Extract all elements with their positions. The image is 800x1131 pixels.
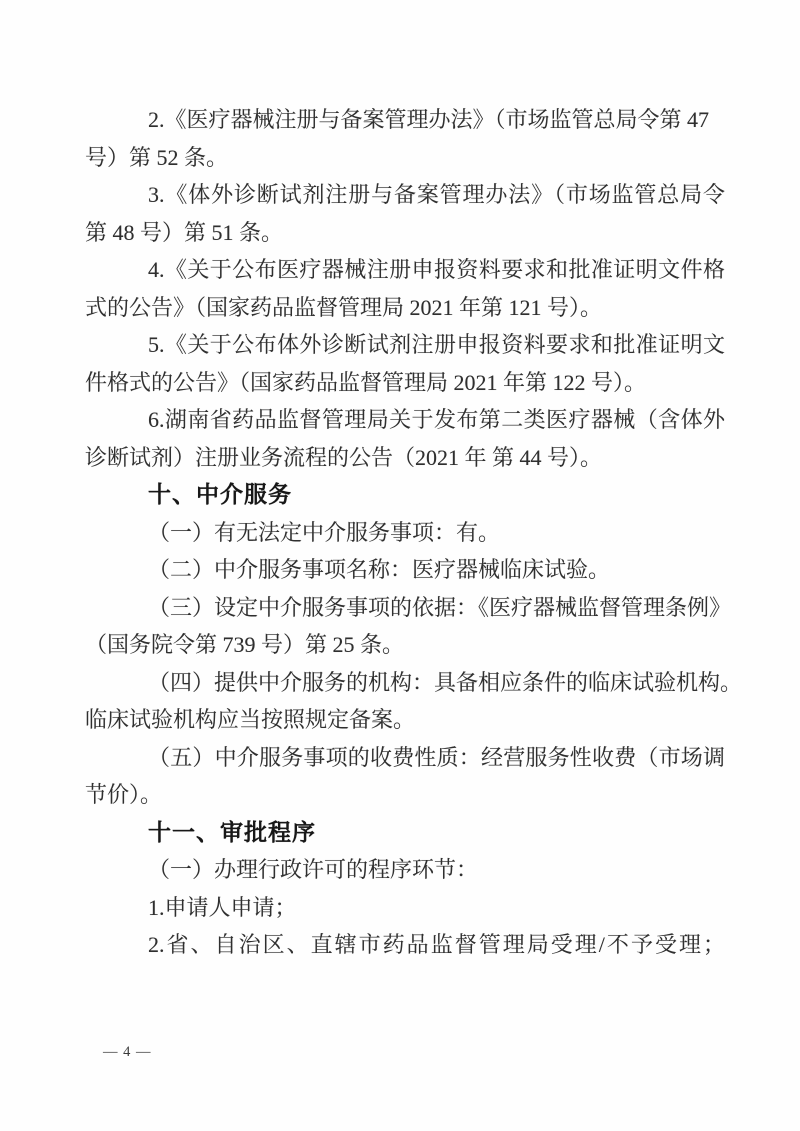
text-line: 1.申请人申请； xyxy=(85,889,725,927)
text-line: 6.湖南省药品监督管理局关于发布第二类医疗器械（含体外 xyxy=(85,401,725,439)
text-line: 2.省、自治区、直辖市药品监督管理局受理/不予受理； xyxy=(85,926,725,964)
text-line: 件格式的公告》（国家药品监督管理局 2021 年第 122 号）。 xyxy=(85,364,725,402)
text-line: 临床试验机构应当按照规定备案。 xyxy=(85,701,725,739)
text-line: 节价）。 xyxy=(85,776,725,814)
text-line: （一）办理行政许可的程序环节： xyxy=(85,851,725,889)
section-heading: 十一、审批程序 xyxy=(85,814,725,852)
text-line: （二）中介服务事项名称：医疗器械临床试验。 xyxy=(85,551,725,589)
text-line: 2.《医疗器械注册与备案管理办法》（市场监管总局令第 47 xyxy=(85,101,725,139)
text-line: （一）有无法定中介服务事项：有。 xyxy=(85,514,725,552)
text-line: （四）提供中介服务的机构：具备相应条件的临床试验机构。 xyxy=(85,664,725,702)
text-line: （三）设定中介服务事项的依据：《医疗器械监督管理条例》 xyxy=(85,589,725,627)
text-line: 号）第 52 条。 xyxy=(85,139,725,177)
text-line: （国务院令第 739 号）第 25 条。 xyxy=(85,626,725,664)
text-line: 式的公告》（国家药品监督管理局 2021 年第 121 号）。 xyxy=(85,289,725,327)
document-page: 2.《医疗器械注册与备案管理办法》（市场监管总局令第 47号）第 52 条。3.… xyxy=(0,0,800,1131)
text-line: 4.《关于公布医疗器械注册申报资料要求和批准证明文件格 xyxy=(85,251,725,289)
page-number: — 4 — xyxy=(103,1044,152,1061)
text-line: 5.《关于公布体外诊断试剂注册申报资料要求和批准证明文 xyxy=(85,326,725,364)
text-line: （五）中介服务事项的收费性质：经营服务性收费（市场调 xyxy=(85,739,725,777)
text-line: 第 48 号）第 51 条。 xyxy=(85,214,725,252)
section-heading: 十、中介服务 xyxy=(85,476,725,514)
document-content: 2.《医疗器械注册与备案管理办法》（市场监管总局令第 47号）第 52 条。3.… xyxy=(85,101,725,964)
text-line: 3.《体外诊断试剂注册与备案管理办法》（市场监管总局令 xyxy=(85,176,725,214)
text-line: 诊断试剂）注册业务流程的公告（2021 年 第 44 号）。 xyxy=(85,439,725,477)
